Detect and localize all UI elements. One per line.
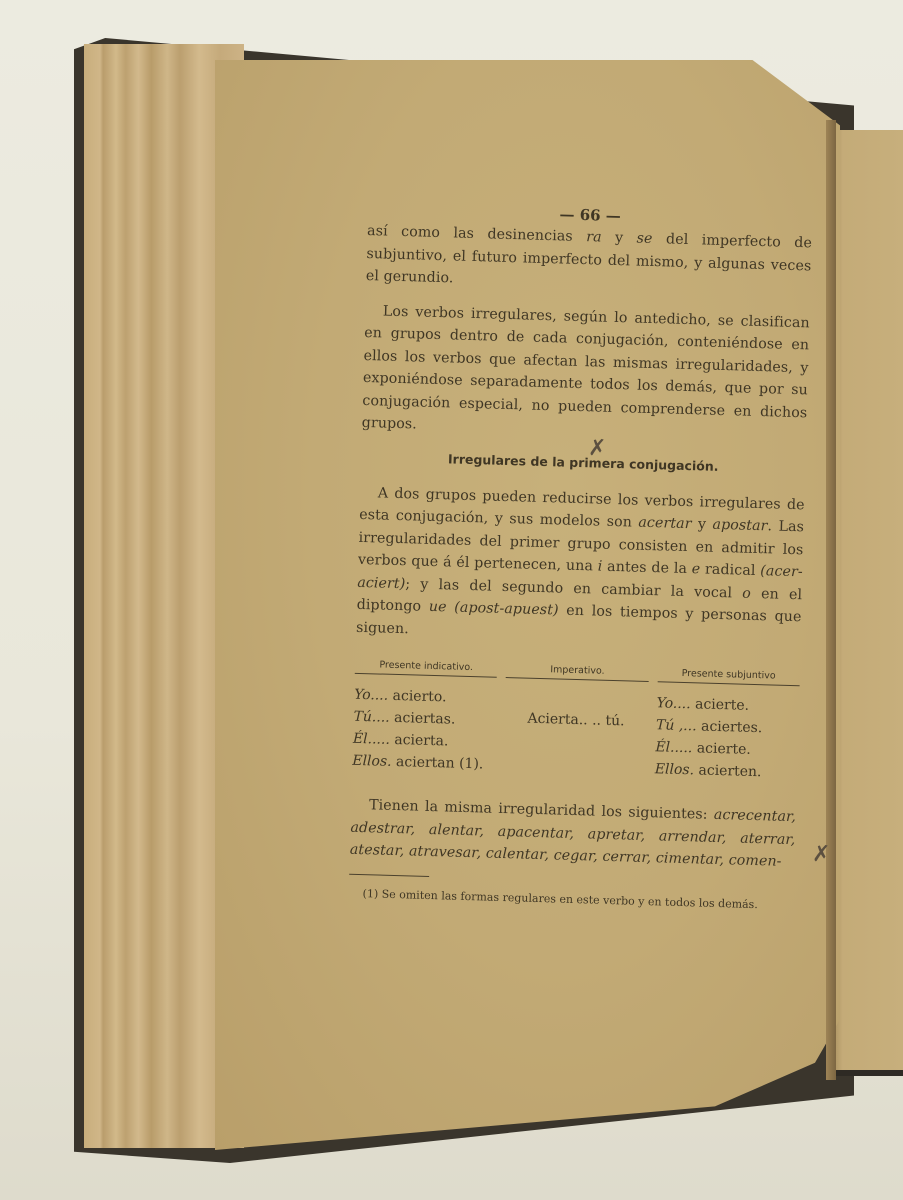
column-presente-indicativo: Presente indicativo. Yo.... acierto. Tú.…: [352, 659, 497, 776]
facing-page: [832, 130, 903, 1076]
column-imperativo: Imperativo. Acierta.. .. tú.: [503, 663, 648, 780]
page-text: — 66 — así como las desinencias ra y se …: [348, 200, 812, 917]
table-row: Ellos. aciertan (1).: [352, 750, 495, 776]
section-heading: Irregulares de la primera conjugación.: [361, 448, 806, 475]
paragraph-3: A dos grupos pueden reducirse los verbos…: [356, 481, 805, 651]
paragraph-2: Los verbos irregulares, según lo antedic…: [361, 299, 810, 446]
conjugation-table: Presente indicativo. Yo.... acierto. Tú.…: [352, 659, 800, 784]
book-gutter: [826, 120, 836, 1080]
pencil-mark-icon: ✗: [588, 436, 606, 461]
column-presente-subjuntivo: Presente subjuntivo Yo.... acierte. Tú ,…: [655, 667, 800, 784]
footnote-divider: [349, 873, 429, 876]
imperative-form: Acierta.. .. tú.: [505, 710, 648, 730]
column-header: Presente indicativo.: [355, 659, 498, 678]
paragraph-1: así como las desinencias ra y se del imp…: [366, 220, 813, 300]
column-header: Presente subjuntivo: [657, 667, 800, 686]
table-row: Ellos. acierten.: [655, 758, 798, 784]
column-header: Imperativo.: [506, 663, 649, 682]
paragraph-4: Tienen la misma irregularidad los siguie…: [350, 794, 797, 874]
pencil-mark-icon: ✗: [812, 842, 830, 867]
